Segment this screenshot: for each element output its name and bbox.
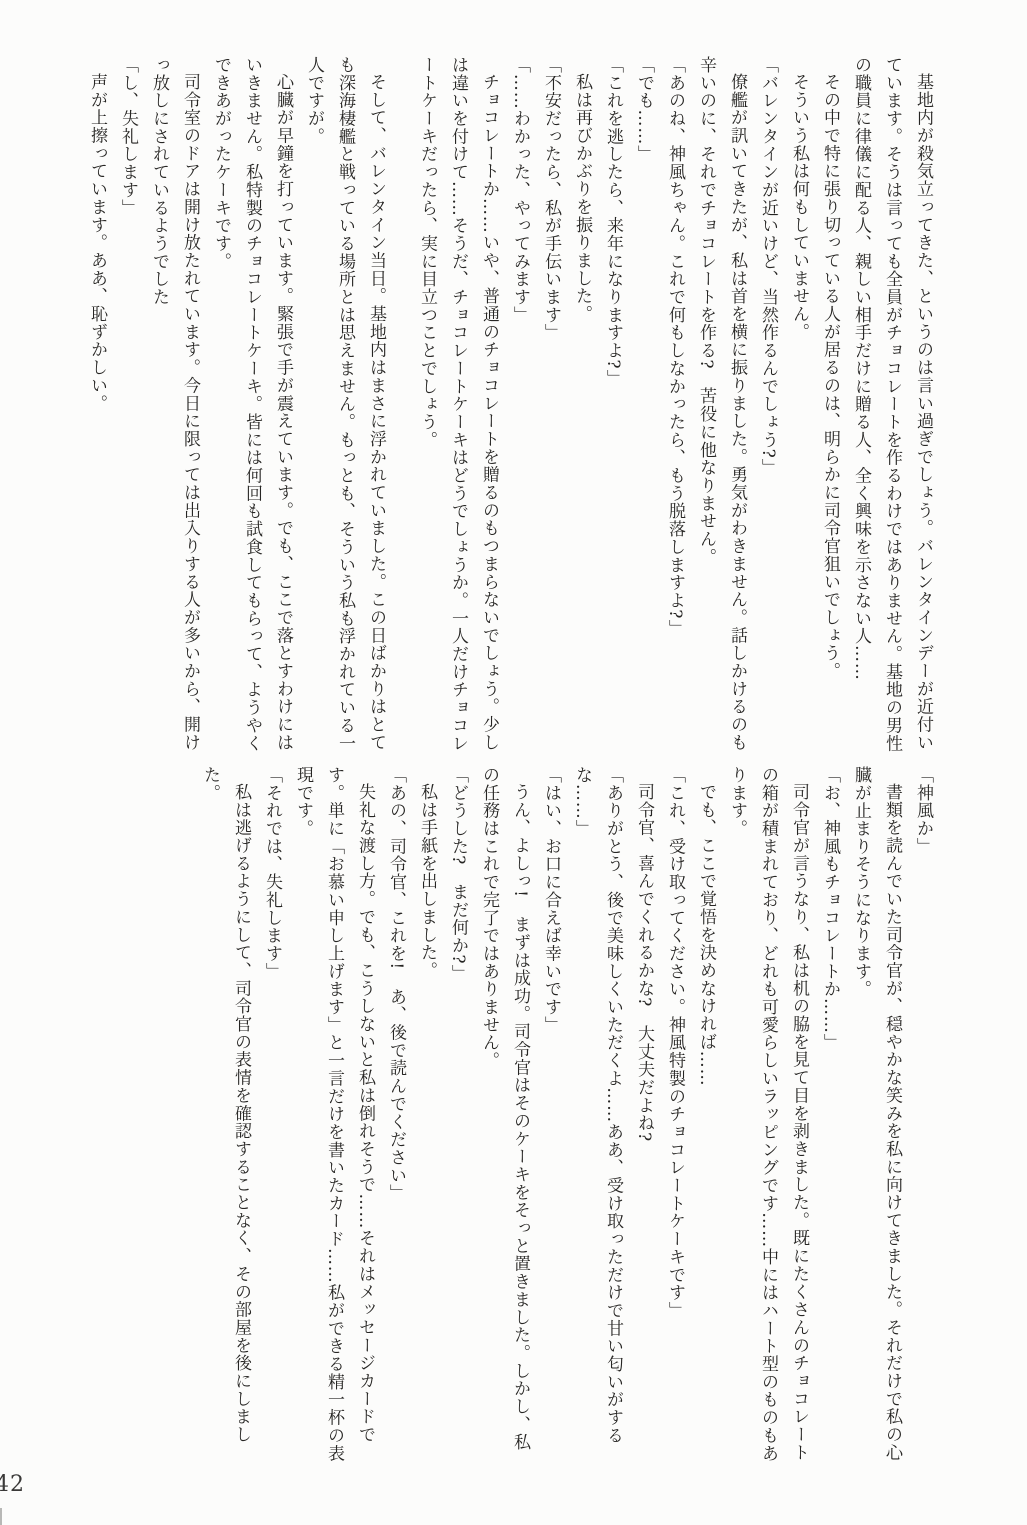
paragraph: 「不安だったら、私が手伝います」 (535, 56, 566, 756)
paragraph: 「これ、受け取ってください。神風特製のチョコレートケーキです」 (659, 766, 690, 1466)
paragraph: 僚艦が訊いてきたが、私は首を横に振りました。勇気がわきません。話しかけるのも辛い… (690, 56, 752, 756)
paragraph: 私は逃げるようにして、司令官の表情を確認することなく、その部屋を後にしました。 (194, 766, 256, 1466)
paragraph: そして、バレンタイン当日。基地内はまさに浮かれていました。この日ばかりはとても深… (298, 56, 391, 756)
paragraph: チョコレートか……いや、普通のチョコレートを贈るのもつまらないでしょう。少しは違… (411, 56, 504, 756)
bottom-text-block: 「神風か」書類を読んでいた司令官が、穏やかな笑みを私に向けてきました。それだけで… (194, 766, 938, 1466)
paragraph: でも、ここで覚悟を決めなければ…… (690, 766, 721, 1466)
paragraph: 心臓が早鐘を打っています。緊張で手が震えています。でも、ここで落とすわけにはいき… (205, 56, 298, 756)
paragraph: 「神風か」 (907, 766, 938, 1466)
paragraph: 「し、失礼します」 (112, 56, 143, 756)
paragraph: そういう私は何もしていません。 (783, 56, 814, 756)
page-number: 42 (0, 1472, 25, 1497)
paragraph: 「……わかった、やってみます」 (504, 56, 535, 756)
paragraph: うん、よしっ! まずは成功。司令官はそのケーキをそっと置きました。しかし、私の任… (473, 766, 535, 1466)
top-text-block: 基地内が殺気立ってきた、というのは言い過ぎでしょう。バレンタインデーが近付いてい… (81, 56, 938, 756)
paragraph: 司令官が言うなり、私は机の脇を見て目を剥きました。既にたくさんのチョコレートの箱… (721, 766, 814, 1466)
paragraph: 司令官、喜んでくれるかな? 大丈夫だよね? (628, 766, 659, 1466)
paragraph: 「これを逃したら、来年になりますよ?」 (597, 56, 628, 756)
paragraph: 「お、神風もチョコレートか……」 (814, 766, 845, 1466)
paragraph: 「あの、司令官、これを! あ、後で読んでください」 (380, 766, 411, 1466)
paragraph: 「それでは、失礼します」 (256, 766, 287, 1466)
paragraph: 基地内が殺気立ってきた、というのは言い過ぎでしょう。バレンタインデーが近付いてい… (845, 56, 938, 756)
paragraph: 失礼な渡し方。でも、こうしないと私は倒れそうで……それはメッセージカードです。単… (287, 766, 380, 1466)
scan-edge-artifact (0, 1508, 2, 1525)
paragraph: 「でも……」 (628, 56, 659, 756)
paragraph: 司令室のドアは開け放たれています。今日に限っては出入りする人が多いから、開けっ放… (143, 56, 205, 756)
paragraph: 「はい、お口に合えば幸いです」 (535, 766, 566, 1466)
paragraph: 書類を読んでいた司令官が、穏やかな笑みを私に向けてきました。それだけで私の心臓が… (845, 766, 907, 1466)
paragraph: 「どうした? まだ何か?」 (442, 766, 473, 1466)
paragraph: 声が上擦っています。ああ、恥ずかしい。 (81, 56, 112, 756)
paragraph: 「あのね、神風ちゃん。これで何もしなかったら、もう脱落しますよ?」 (659, 56, 690, 756)
paragraph: 私は再びかぶりを振りました。 (566, 56, 597, 756)
paragraph: 私は手紙を出しました。 (411, 766, 442, 1466)
paragraph: 「ありがとう、後で美味しくいただくよ……ああ、受け取っただけで甘い匂いがするな…… (566, 766, 628, 1466)
paragraph: 「バレンタインが近いけど、当然作るんでしょう?」 (752, 56, 783, 756)
paragraph: その中で特に張り切っている人が居るのは、明らかに司令官狙いでしょう。 (814, 56, 845, 756)
scanned-novel-page: { "page": { "number": "42" }, "top_block… (0, 0, 1027, 1525)
